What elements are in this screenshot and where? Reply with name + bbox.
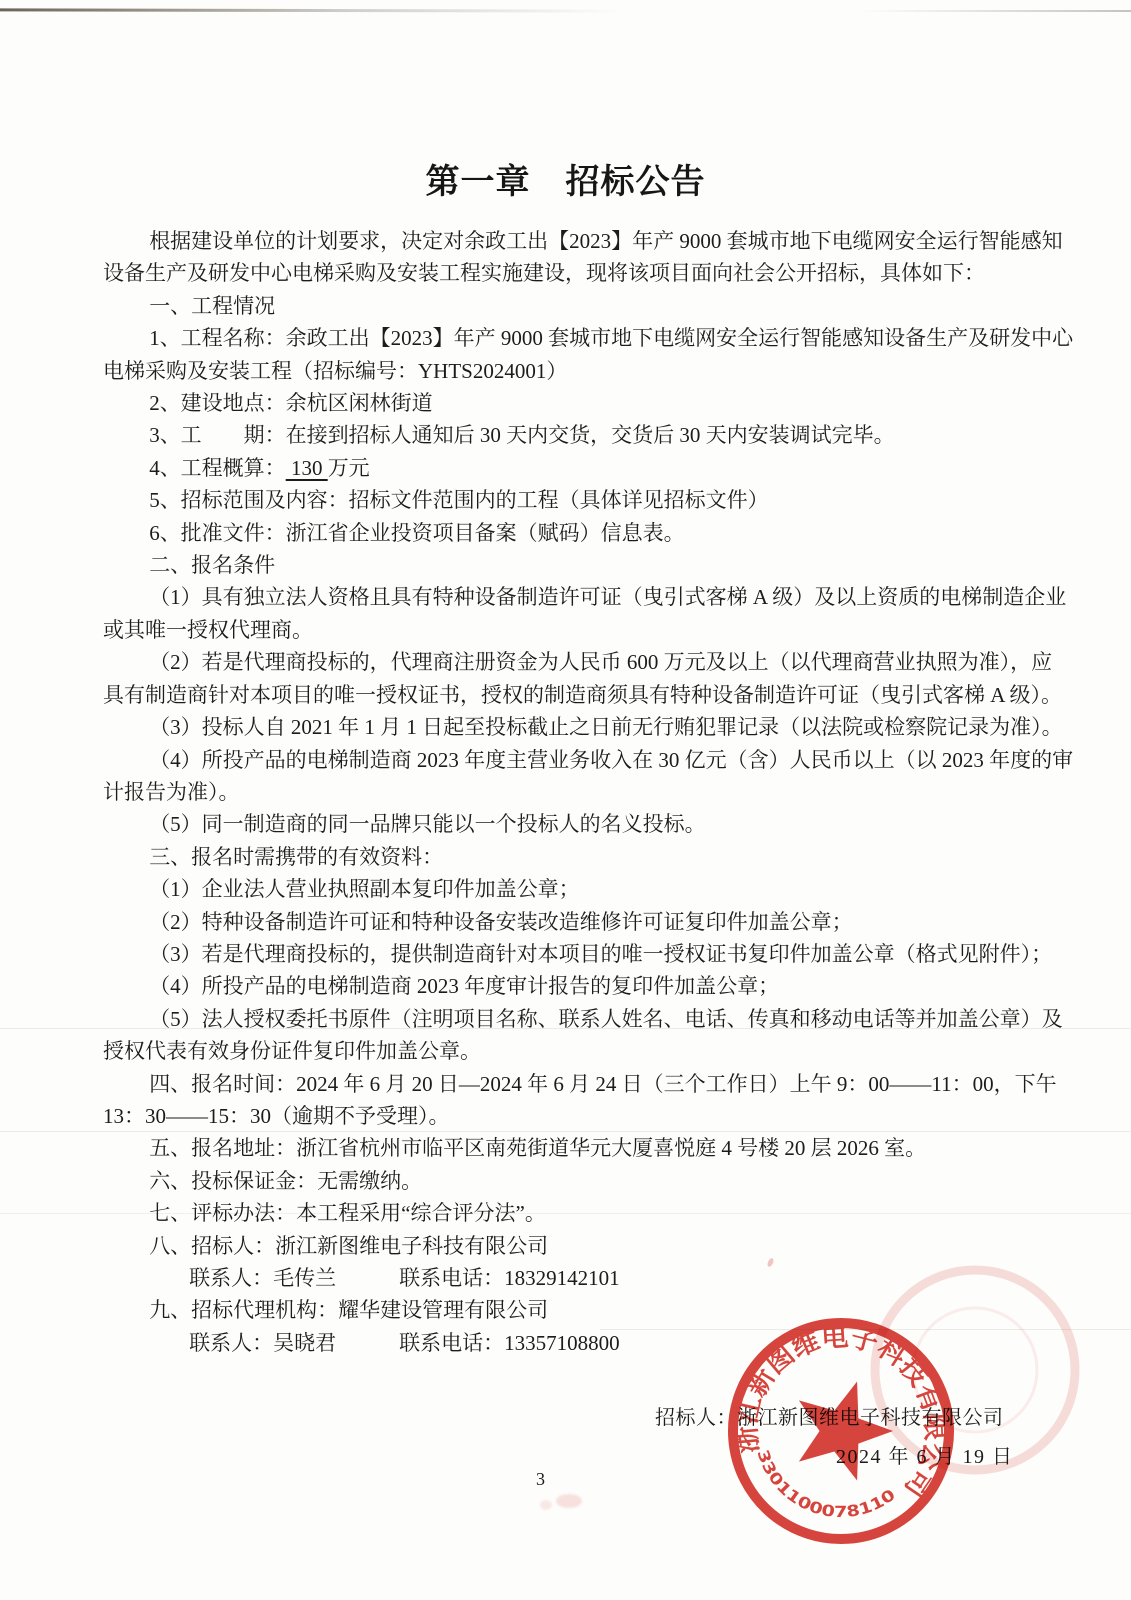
company-seal-stamp: 浙江新图维电子科技有限公司 3301100078110 — [691, 1281, 991, 1581]
text-segment: （3）若是代理商投标的，提供制造商针对本项目的唯一授权证书复印件加盖公章（格式见… — [149, 942, 1052, 966]
page-title: 第一章 招标公告 — [0, 154, 1131, 203]
seal-ink-speck — [540, 1500, 552, 1510]
scan-artifact-top-right — [860, 10, 1131, 12]
seal-ink-speck — [556, 1494, 582, 1508]
text-segment: 2、建设地点：余杭区闲林街道 — [149, 391, 433, 415]
text-line: （2）特种设备制造许可证和特种设备安装改造维修许可证复印件加盖公章； — [103, 906, 1037, 938]
seal-code-text: 3301100078110 — [741, 1443, 903, 1540]
document-page: 第一章 招标公告 根据建设单位的计划要求，决定对余政工出【2023】年产 900… — [0, 0, 1131, 1600]
text-segment: 九、招标代理机构：耀华建设管理有限公司 — [149, 1298, 548, 1322]
text-line: 电梯采购及安装工程（招标编号：YHTS2024001） — [103, 355, 1037, 387]
text-segment: 根据建设单位的计划要求，决定对余政工出【2023】年产 9000 套城市地下电缆… — [149, 229, 1063, 253]
text-line: 授权代表有效身份证件复印件加盖公章。 — [103, 1035, 1037, 1067]
text-segment: （1）企业法人营业执照副本复印件加盖公章； — [149, 877, 580, 901]
text-line: （5）同一制造商的同一品牌只能以一个投标人的名义投标。 — [103, 808, 1037, 840]
text-line: 计报告为准）。 — [103, 776, 1037, 808]
text-segment: 计报告为准）。 — [103, 780, 240, 804]
text-segment: （2）特种设备制造许可证和特种设备安装改造维修许可证复印件加盖公章； — [149, 910, 853, 934]
text-line: 七、评标办法：本工程采用“综合评分法”。 — [103, 1197, 1037, 1229]
text-segment: 七、评标办法：本工程采用“综合评分法”。 — [149, 1201, 546, 1225]
text-line: （1）具有独立法人资格且具有特种设备制造许可证（曳引式客梯 A 级）及以上资质的… — [103, 581, 1037, 613]
text-segment: 13：30——15：30（逾期不予受理）。 — [103, 1104, 450, 1128]
text-line: 5、招标范围及内容：招标文件范围内的工程（具体详见招标文件） — [103, 484, 1037, 516]
text-line: 二、报名条件 — [103, 549, 1037, 581]
text-segment: 4、工程概算： — [149, 456, 286, 480]
document-body: 根据建设单位的计划要求，决定对余政工出【2023】年产 9000 套城市地下电缆… — [103, 225, 1037, 1359]
text-line: 2、建设地点：余杭区闲林街道 — [103, 387, 1037, 419]
text-segment: 五、报名地址：浙江省杭州市临平区南苑街道华元大厦喜悦庭 4 号楼 20 层 20… — [149, 1136, 926, 1160]
text-line: 3、工 期：在接到招标人通知后 30 天内交货，交货后 30 天内安装调试完毕。 — [103, 419, 1037, 451]
page-number: 3 — [536, 1469, 545, 1490]
text-segment: 授权代表有效身份证件复印件加盖公章。 — [103, 1039, 481, 1063]
text-line: 6、批准文件：浙江省企业投资项目备案（赋码）信息表。 — [103, 517, 1037, 549]
text-segment: （4）所投产品的电梯制造商 2023 年度审计报告的复印件加盖公章； — [149, 974, 779, 998]
text-line: （2）若是代理商投标的，代理商注册资金为人民币 600 万元及以上（以代理商营业… — [103, 646, 1037, 678]
text-segment: 二、报名条件 — [149, 553, 275, 577]
svg-text:3301100078110: 3301100078110 — [741, 1443, 903, 1540]
text-segment: （5）同一制造商的同一品牌只能以一个投标人的名义投标。 — [149, 812, 706, 836]
text-segment: 6、批准文件：浙江省企业投资项目备案（赋码）信息表。 — [149, 521, 685, 545]
text-line: 一、工程情况 — [103, 290, 1037, 322]
text-segment: （3）投标人自 2021 年 1 月 1 日起至投标截止之日前无行贿犯罪记录（以… — [149, 715, 1063, 739]
star-icon — [781, 1366, 904, 1486]
text-line: （3）投标人自 2021 年 1 月 1 日起至投标截止之日前无行贿犯罪记录（以… — [103, 711, 1037, 743]
text-segment: （5）法人授权委托书原件（注明项目名称、联系人姓名、电话、传真和移动电话等并加盖… — [149, 1007, 1063, 1031]
text-segment: 3、工 期：在接到招标人通知后 30 天内交货，交货后 30 天内安装调试完毕。 — [149, 423, 895, 447]
scan-artifact-top-left — [0, 8, 620, 12]
text-segment: 六、投标保证金：无需缴纳。 — [149, 1169, 422, 1193]
text-line: 13：30——15：30（逾期不予受理）。 — [103, 1100, 1037, 1132]
text-segment: 联系人：吴晓君 联系电话：13357108800 — [189, 1331, 620, 1355]
text-line: 六、投标保证金：无需缴纳。 — [103, 1165, 1037, 1197]
underlined-value: 130 — [286, 456, 328, 480]
text-line: 4、工程概算： 130 万元 — [103, 452, 1037, 484]
text-line: 三、报名时需携带的有效资料： — [103, 841, 1037, 873]
text-segment: 联系人：毛传兰 联系电话：18329142101 — [189, 1266, 620, 1290]
text-line: 1、工程名称：余政工出【2023】年产 9000 套城市地下电缆网安全运行智能感… — [103, 322, 1037, 354]
text-segment: （1）具有独立法人资格且具有特种设备制造许可证（曳引式客梯 A 级）及以上资质的… — [149, 585, 1066, 609]
text-line: 设备生产及研发中心电梯采购及安装工程实施建设，现将该项目面向社会公开招标，具体如… — [103, 257, 1037, 289]
text-segment: 5、招标范围及内容：招标文件范围内的工程（具体详见招标文件） — [149, 488, 769, 512]
text-line: （3）若是代理商投标的，提供制造商针对本项目的唯一授权证书复印件加盖公章（格式见… — [103, 938, 1037, 970]
text-segment: （2）若是代理商投标的，代理商注册资金为人民币 600 万元及以上（以代理商营业… — [149, 650, 1052, 674]
text-segment: 四、报名时间：2024 年 6 月 20 日—2024 年 6 月 24 日（三… — [149, 1072, 1056, 1096]
text-segment: 具有制造商针对本项目的唯一授权证书，授权的制造商须具有特种设备制造许可证（曳引式… — [103, 683, 1062, 707]
text-line: 根据建设单位的计划要求，决定对余政工出【2023】年产 9000 套城市地下电缆… — [103, 225, 1037, 257]
text-segment: 万元 — [328, 456, 370, 480]
text-segment: 设备生产及研发中心电梯采购及安装工程实施建设，现将该项目面向社会公开招标，具体如… — [103, 261, 985, 285]
text-segment: 电梯采购及安装工程（招标编号：YHTS2024001） — [103, 359, 567, 383]
text-segment: （4）所投产品的电梯制造商 2023 年度主营业务收入在 30 亿元（含）人民币… — [149, 748, 1073, 772]
text-line: 或其唯一授权代理商。 — [103, 614, 1037, 646]
text-segment: 八、招标人：浙江新图维电子科技有限公司 — [149, 1234, 548, 1258]
text-segment: 三、报名时需携带的有效资料： — [149, 845, 443, 869]
text-line: 五、报名地址：浙江省杭州市临平区南苑街道华元大厦喜悦庭 4 号楼 20 层 20… — [103, 1132, 1037, 1164]
text-line: 具有制造商针对本项目的唯一授权证书，授权的制造商须具有特种设备制造许可证（曳引式… — [103, 679, 1037, 711]
text-line: （5）法人授权委托书原件（注明项目名称、联系人姓名、电话、传真和移动电话等并加盖… — [103, 1003, 1037, 1035]
text-line: 四、报名时间：2024 年 6 月 20 日—2024 年 6 月 24 日（三… — [103, 1068, 1037, 1100]
text-segment: 或其唯一授权代理商。 — [103, 618, 313, 642]
text-line: （4）所投产品的电梯制造商 2023 年度主营业务收入在 30 亿元（含）人民币… — [103, 744, 1037, 776]
text-line: （1）企业法人营业执照副本复印件加盖公章； — [103, 873, 1037, 905]
text-segment: 一、工程情况 — [149, 294, 275, 318]
text-segment: 1、工程名称：余政工出【2023】年产 9000 套城市地下电缆网安全运行智能感… — [149, 326, 1073, 350]
text-line: （4）所投产品的电梯制造商 2023 年度审计报告的复印件加盖公章； — [103, 970, 1037, 1002]
